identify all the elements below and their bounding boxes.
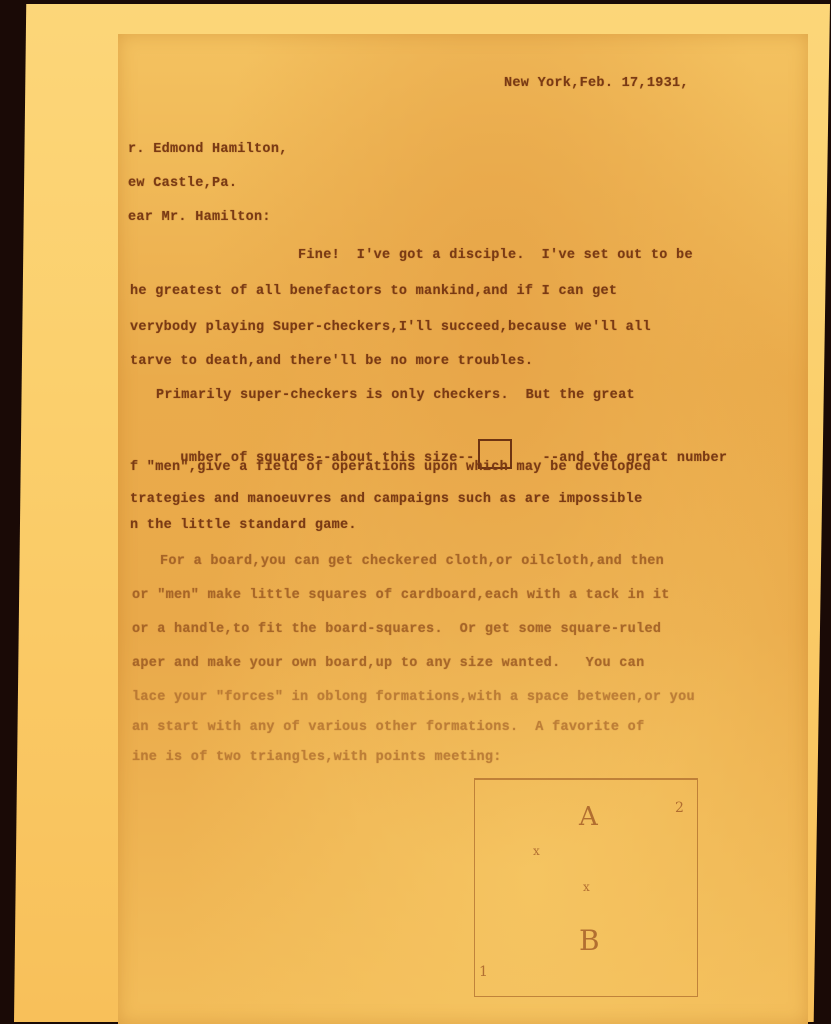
body-line-3: verybody playing Super-checkers,I'll suc… (130, 320, 651, 335)
body-line-4: tarve to death,and there'll be no more t… (130, 354, 533, 369)
body-line-1: Fine! I've got a disciple. I've set out … (298, 248, 693, 263)
diagram-small-mark-2: x (583, 880, 590, 894)
body-line-11: or "men" make little squares of cardboar… (132, 588, 670, 603)
dateline: New York,Feb. 17,1931, (504, 76, 689, 91)
diagram-small-mark-1: x (533, 844, 540, 858)
body-line-8: trategies and manoeuvres and campaigns s… (130, 492, 642, 507)
body-line-14: lace your "forces" in oblong formations,… (132, 690, 695, 705)
body-line-13: aper and make your own board,up to any s… (132, 656, 644, 671)
salutation: ear Mr. Hamilton: (128, 210, 271, 225)
triangle-formation-diagram: A 2 x x B 1 (474, 778, 698, 997)
diagram-label-b: B (579, 924, 600, 957)
letter-print: New York,Feb. 17,1931, r. Edmond Hamilto… (118, 34, 808, 1024)
body-line-10: For a board,you can get checkered cloth,… (160, 554, 664, 569)
address-line-1: r. Edmond Hamilton, (128, 142, 288, 157)
diagram-corner-mark-bottom: 1 (479, 964, 488, 980)
body-line-16: ine is of two triangles,with points meet… (132, 750, 502, 765)
address-line-2: ew Castle,Pa. (128, 176, 237, 191)
body-line-5: Primarily super-checkers is only checker… (156, 388, 635, 403)
body-line-7: f "men",give a field of operations upon … (130, 460, 651, 475)
diagram-label-a: A (579, 802, 598, 832)
body-line-12: or a handle,to fit the board-squares. Or… (132, 622, 661, 637)
body-line-6: umber of squares--about this size----and… (130, 424, 727, 484)
letter-text: New York,Feb. 17,1931, r. Edmond Hamilto… (118, 34, 808, 1024)
body-line-15: an start with any of various other forma… (132, 720, 644, 735)
body-line-2: he greatest of all benefactors to mankin… (130, 284, 617, 299)
body-line-9: n the little standard game. (130, 518, 357, 533)
diagram-corner-mark-top: 2 (675, 800, 684, 816)
